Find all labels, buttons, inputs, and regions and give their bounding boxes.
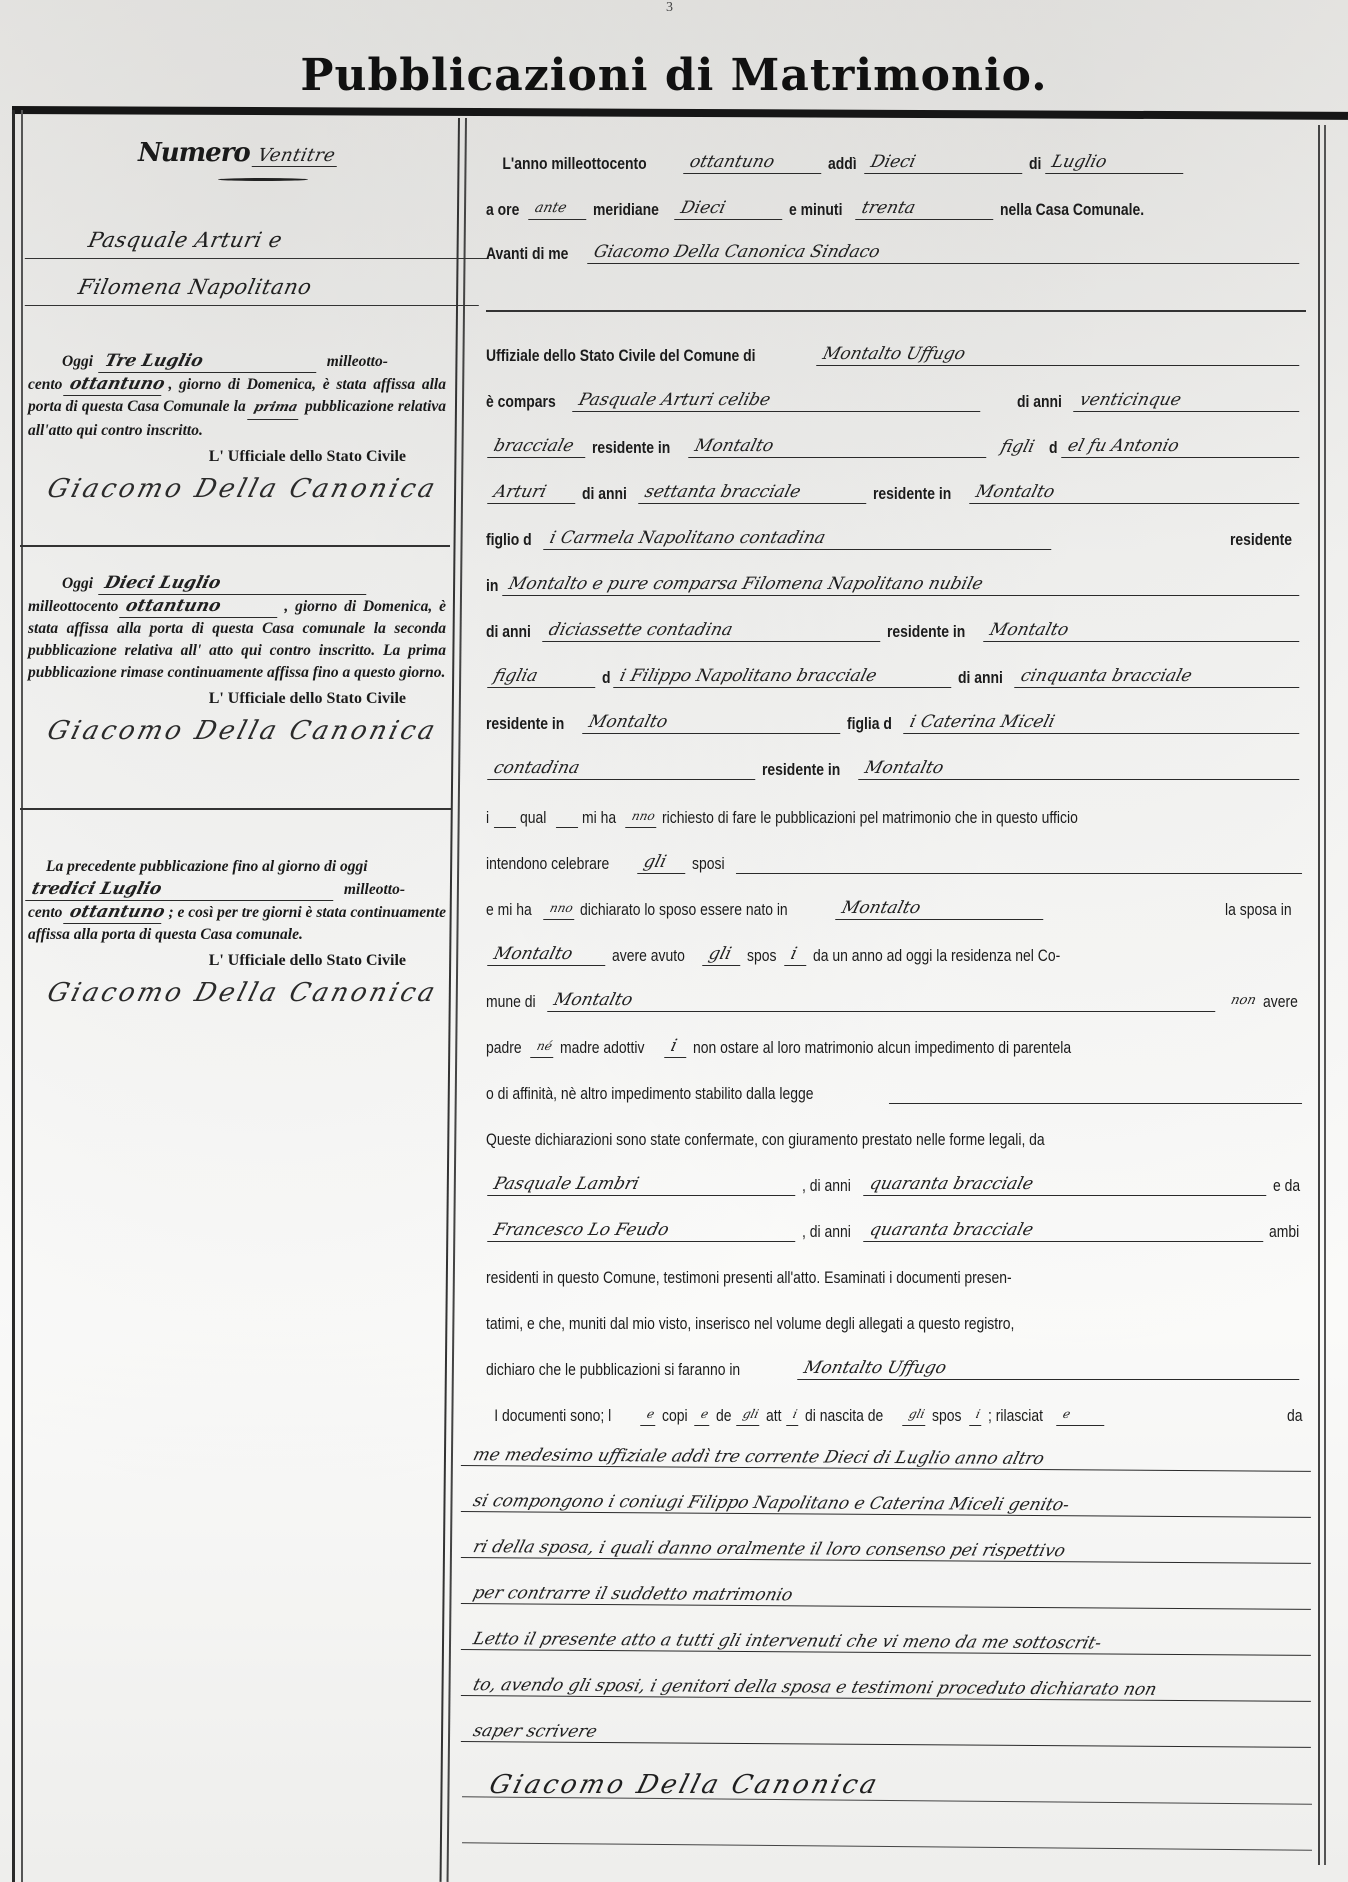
spouses-line-2: Filomena Napolitano	[25, 275, 486, 306]
act-line-9: in Montalto e pure comparsa Filomena Nap…	[486, 556, 1306, 596]
bride-birthplace-field: Montalto	[487, 943, 611, 966]
act-line-1: L'anno milleottocento ottantuno addì Die…	[486, 134, 1306, 174]
print-text: residente in	[592, 438, 670, 458]
bride-residence-field: Montalto	[983, 619, 1305, 642]
handwritten-note-line: saper scrivere	[461, 1701, 1321, 1748]
print-text: copi	[662, 1406, 688, 1426]
conjunction-field: né	[531, 1035, 560, 1058]
bride-mother-field: i Caterina Miceli	[903, 711, 1305, 734]
bride-father-residence: Montalto	[583, 711, 847, 734]
print-text: residente in	[486, 714, 564, 734]
millesimo-label: milleottocento	[28, 598, 118, 615]
groom-father-surname: Arturi	[487, 481, 581, 504]
act-line-14: i qual mi ha nno richiesto di fare le pu…	[486, 788, 1306, 828]
print-text: att	[766, 1406, 782, 1426]
cento-label: cento	[28, 376, 62, 393]
suffix-field: e	[694, 1403, 715, 1426]
blank-field	[889, 1103, 1302, 1104]
bride-father-age-field: cinquanta bracciale	[1014, 665, 1305, 688]
print-text: di anni	[486, 622, 531, 642]
print-text: I documenti sono; l	[486, 1406, 611, 1426]
print-text: residente	[1230, 530, 1292, 550]
frame-left-border	[12, 110, 23, 1882]
groom-father-field: el fu Antonio	[1061, 435, 1305, 458]
print-text: da un anno ad oggi la residenza nel Co-	[813, 946, 1060, 966]
suffix-field: e	[1056, 1403, 1110, 1426]
print-text: di anni	[1017, 392, 1062, 412]
print-text: e minuti	[789, 200, 842, 220]
print-text: Avanti di me	[486, 244, 568, 264]
blank-field	[556, 827, 578, 828]
oggi-label: Oggi	[28, 353, 93, 370]
official-label: L' Ufficiale dello Stato Civile	[28, 952, 446, 970]
second-publication-text: Oggi Dieci Luglio milleottocentoottantun…	[28, 572, 446, 684]
print-text: da	[1287, 1406, 1303, 1426]
publication-place-field: Montalto Uffugo	[797, 1357, 1305, 1380]
print-text: mune di	[486, 992, 536, 1012]
suffix-field: gli	[902, 1403, 931, 1426]
handwritten-note-line: me medesimo uffiziale addì tre corrente …	[461, 1425, 1321, 1472]
print-text: a ore	[486, 200, 519, 220]
print-text: meridiane	[593, 200, 659, 220]
negation-field: non	[1224, 990, 1262, 1012]
act-line-20: o di affinità, nè altro impedimento stab…	[486, 1064, 1306, 1104]
end-pub-intro: La precedente pubblicazione fino al gior…	[28, 858, 368, 875]
print-text: intendono celebrare	[486, 854, 609, 874]
official-signature: Giacomo Della Canonica	[24, 978, 450, 1008]
act-line-24: residenti in questo Comune, testimoni pr…	[486, 1248, 1306, 1288]
print-text: nella Casa Comunale.	[1000, 200, 1144, 220]
end-publication-block: La precedente pubblicazione fino al gior…	[28, 856, 446, 1008]
print-text: Queste dichiarazioni sono state conferma…	[486, 1130, 1045, 1150]
handwritten-note-line: Letto il presente atto a tutti gli inter…	[461, 1609, 1321, 1656]
suffix-field: i	[786, 1403, 804, 1426]
print-text: o di affinità, nè altro impedimento stab…	[486, 1084, 814, 1104]
act-line-25: tatimi, e che, muniti dal mio visto, ins…	[486, 1294, 1306, 1334]
section-divider	[20, 808, 452, 810]
suffix-field: i	[969, 1403, 987, 1426]
print-text: residente in	[887, 622, 965, 642]
first-pub-ordinal: prima	[247, 397, 304, 420]
bride-mother-residence: Montalto	[859, 757, 1305, 780]
print-text: di anni	[582, 484, 627, 504]
bride-father-field: i Filippo Napolitano bracciale	[614, 665, 958, 688]
first-pub-date: Tre Luglio	[98, 350, 322, 373]
print-text: dichiaro che le pubblicazioni si faranno…	[486, 1360, 740, 1380]
plural-field: nno	[543, 897, 579, 920]
print-text: residente in	[873, 484, 951, 504]
ante-post-field: ante	[528, 197, 592, 220]
official-signature: Giacomo Della Canonica	[24, 716, 450, 746]
print-text: la sposa in	[1225, 900, 1292, 920]
day-field: Dieci	[864, 151, 1028, 174]
groom-birthplace-field: Montalto	[835, 897, 1049, 920]
print-text: e mi ha	[486, 900, 532, 920]
second-pub-date: Dieci Luglio	[98, 572, 372, 595]
print-text: spos	[932, 1406, 961, 1426]
first-pub-year: ottantuno	[64, 373, 168, 396]
ornament	[218, 178, 308, 181]
groom-occupation-field: bracciale	[487, 435, 591, 458]
act-line-21: Queste dichiarazioni sono state conferma…	[486, 1110, 1306, 1150]
groom-residence-field: Montalto	[689, 435, 993, 458]
suffix-field: i	[664, 1035, 692, 1058]
act-line-5: è compars Pasquale Arturi celibe di anni…	[486, 372, 1306, 412]
act-line-16: e mi ha nno dichiarato lo sposo essere n…	[486, 880, 1306, 920]
month-field: Luglio	[1045, 151, 1189, 174]
print-text: di	[1029, 154, 1041, 174]
print-text: non ostare al loro matrimonio alcun impe…	[693, 1038, 1071, 1058]
print-text: i	[486, 808, 489, 828]
minutes-field: trenta	[855, 197, 999, 220]
act-line-7: Arturi di anni settanta bracciale reside…	[486, 464, 1306, 504]
print-text: Uffiziale dello Stato Civile del Comune …	[486, 346, 756, 366]
act-line-3: Avanti di me Giacomo Della Canonica Sind…	[486, 224, 1306, 264]
print-text: e da	[1273, 1176, 1300, 1196]
document-title: Pubblicazioni di Matrimonio.	[0, 50, 1348, 101]
print-text: de	[716, 1406, 732, 1426]
groom-age-field: venticinque	[1073, 389, 1305, 412]
handwritten-note-line: per contrarre il suddetto matrimonio	[461, 1563, 1321, 1610]
witness-1-age: quaranta bracciale	[863, 1173, 1272, 1196]
groom-mother-field: i Carmela Napolitano contadina	[543, 527, 1057, 550]
handwritten-note-line: si compongono i coniugi Filippo Napolita…	[461, 1471, 1321, 1518]
print-text: di nascita de	[805, 1406, 883, 1426]
witness-2-name: Francesco Lo Feudo	[487, 1219, 801, 1242]
end-pub-year: ottantuno	[64, 901, 168, 924]
print-text: qual	[520, 808, 546, 828]
cento-label: cento	[28, 904, 62, 921]
second-publication-block: Oggi Dieci Luglio milleottocentoottantun…	[28, 572, 446, 746]
officer-signature: Giacomo Della Canonica	[486, 1770, 883, 1800]
print-text: richiesto di fare le pubblicazioni pel m…	[662, 808, 1078, 828]
print-text: dichiarato lo sposo essere nato in	[580, 900, 788, 920]
print-text: padre	[486, 1038, 522, 1058]
print-text: avere avuto	[612, 946, 685, 966]
residence-comune-field: Montalto	[548, 989, 1222, 1012]
end-publication-text: La precedente pubblicazione fino al gior…	[28, 856, 446, 946]
witness-2-age: quaranta bracciale	[863, 1219, 1268, 1242]
print-text: , di anni	[802, 1176, 851, 1196]
bride-intro-field: Montalto e pure comparsa Filomena Napoli…	[502, 573, 1305, 596]
act-line-6: bracciale residente in Montalto figli d …	[486, 418, 1306, 458]
print-text: figlia d	[847, 714, 892, 734]
print-text: è compars	[486, 392, 556, 412]
year-field: ottantuno	[683, 151, 827, 174]
act-line-23: Francesco Lo Feudo , di anni quaranta br…	[486, 1202, 1306, 1242]
act-line-26: dichiaro che le pubblicazioni si faranno…	[486, 1340, 1306, 1380]
act-line-12: residente in Montalto figlia d i Caterin…	[486, 694, 1306, 734]
act-line-11: figlia d i Filippo Napolitano bracciale …	[486, 648, 1306, 688]
print-text: mi ha	[582, 808, 616, 828]
suffix-field: e	[640, 1403, 661, 1426]
suffix-field: i	[784, 943, 812, 966]
spouses-line-1: Pasquale Arturi e	[25, 228, 496, 259]
print-text: ambi	[1269, 1222, 1299, 1242]
millesimo-label: milleotto-	[344, 881, 405, 898]
print-text: L'anno milleottocento	[486, 154, 647, 174]
act-line-15: intendono celebrare gli sposi	[486, 834, 1306, 874]
first-publication-block: Oggi Tre Luglio milleotto- centoottantun…	[28, 350, 446, 504]
print-text: madre adottiv	[560, 1038, 644, 1058]
bride-mother-occupation: contadina	[487, 757, 761, 780]
act-line-4: Uffiziale dello Stato Civile del Comune …	[486, 326, 1306, 366]
figlio-field: figli	[995, 436, 1048, 458]
print-text: figlio d	[486, 530, 532, 550]
bride-age-field: diciassette contadina	[542, 619, 886, 642]
print-text: tatimi, e che, muniti dal mio visto, ins…	[486, 1314, 1014, 1334]
groom-father-residence: Montalto	[969, 481, 1305, 504]
groom-father-age: settanta bracciale	[638, 481, 872, 504]
print-text: sposi	[692, 854, 725, 874]
suffix-field: gli	[736, 1403, 765, 1426]
numero-section: Numero Ventitre	[28, 138, 448, 181]
official-signature: Giacomo Della Canonica	[24, 474, 450, 504]
figlia-field: figlia	[487, 665, 601, 688]
officer-field: Giacomo Della Canonica Sindaco	[588, 241, 1305, 264]
act-line-2: a ore ante meridiane Dieci e minuti tren…	[486, 180, 1306, 220]
oggi-label: Oggi	[28, 575, 93, 592]
act-line-27: I documenti sono; l e copi e de gli att …	[486, 1386, 1306, 1426]
section-divider	[486, 310, 1306, 312]
numero-value: Ventitre	[251, 145, 341, 167]
official-label: L' Ufficiale dello Stato Civile	[28, 448, 446, 466]
print-text: avere	[1263, 992, 1298, 1012]
act-line-22: Pasquale Lambri , di anni quaranta bracc…	[486, 1156, 1306, 1196]
blank-field	[494, 827, 516, 828]
act-line-10: di anni diciassette contadina residente …	[486, 602, 1306, 642]
print-text: addì	[828, 154, 857, 174]
act-line-19: padre né madre adottiv i non ostare al l…	[486, 1018, 1306, 1058]
handwritten-note-line: ri della sposa, i quali danno oralmente …	[461, 1517, 1321, 1564]
act-line-8: figlio d i Carmela Napolitano contadina …	[486, 510, 1306, 550]
print-text: residente in	[762, 760, 840, 780]
print-text: , di anni	[802, 1222, 851, 1242]
blank-field	[736, 873, 1302, 874]
print-text: d	[1049, 438, 1058, 458]
numero-label: Numero	[138, 138, 250, 168]
handwritten-note-line: to, avendo gli sposi, i genitori della s…	[461, 1655, 1321, 1702]
comune-field: Montalto Uffugo	[816, 343, 1305, 366]
spouses-section: Pasquale Arturi e Filomena Napolitano	[28, 228, 448, 306]
end-pub-date: tredici Luglio	[25, 878, 339, 901]
plural-field: nno	[625, 805, 661, 828]
act-line-13: contadina residente in Montalto	[486, 740, 1306, 780]
first-publication-text: Oggi Tre Luglio milleotto- centoottantun…	[28, 350, 446, 442]
section-divider	[20, 545, 450, 547]
witness-1-name: Pasquale Lambri	[487, 1173, 801, 1196]
print-text: d	[602, 668, 611, 688]
print-text: di anni	[958, 668, 1003, 688]
print-text: residenti in questo Comune, testimoni pr…	[486, 1268, 1012, 1288]
print-text: in	[486, 576, 498, 596]
print-text: ; rilasciat	[988, 1406, 1043, 1426]
act-line-17: Montalto avere avuto gli spos i da un an…	[486, 926, 1306, 966]
article-field: gli	[637, 851, 691, 874]
frame-right-border	[1318, 125, 1326, 1865]
official-label: L' Ufficiale dello Stato Civile	[28, 690, 446, 708]
hour-field: Dieci	[674, 197, 788, 220]
article-field: gli	[702, 943, 746, 966]
print-text: spos	[747, 946, 776, 966]
millesimo-label: milleotto-	[327, 353, 388, 370]
act-line-18: mune di Montalto non avere	[486, 972, 1306, 1012]
second-pub-year: ottantuno	[120, 595, 284, 618]
page-mark: 3	[666, 0, 673, 16]
groom-name-field: Pasquale Arturi celibe	[572, 389, 986, 412]
